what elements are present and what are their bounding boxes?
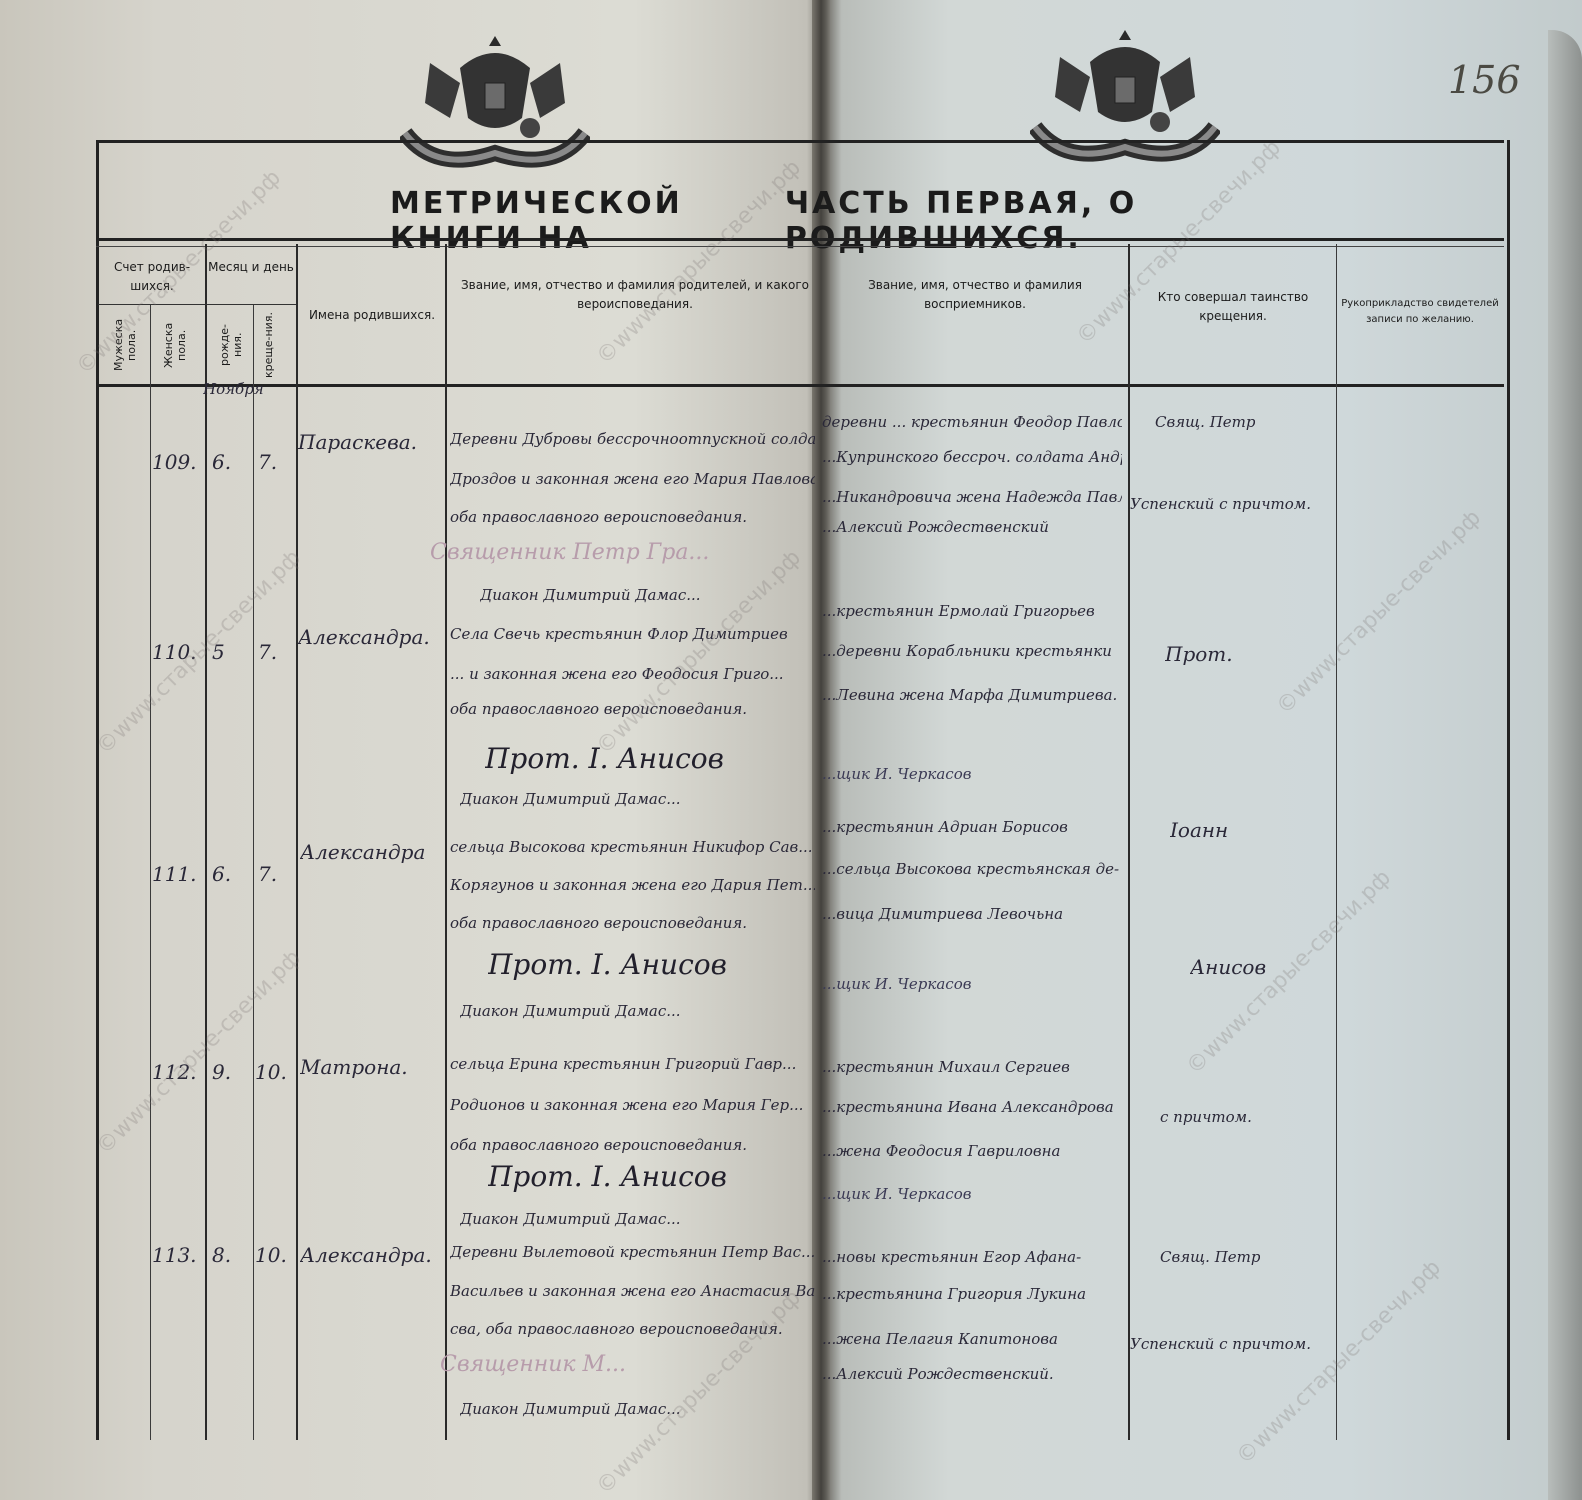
deacon-signature: Диакон Димитрий Дамас... — [460, 1002, 681, 1020]
godparents-line: ...жена Пелагия Капитонова — [822, 1330, 1122, 1348]
entry-number: 111. — [152, 862, 197, 886]
column-divider — [1336, 244, 1337, 1440]
officiant-line: Успенский с причтом. — [1130, 495, 1311, 513]
officiant-line: Успенский с причтом. — [1130, 1335, 1311, 1353]
priest-signature-faint: Священник М... — [440, 1352, 815, 1377]
parents-line: оба православного вероисповедания. — [450, 508, 815, 526]
deacon-signature: Диакон Димитрий Дамас... — [460, 790, 681, 808]
officiant-line: Іоанн — [1170, 818, 1228, 842]
godparents-line: ...вица Димитриева Левочьна — [822, 905, 1122, 923]
parents-line: Села Свечь крестьянин Флор Димитриев — [450, 625, 815, 643]
birth-day: 8. — [212, 1243, 231, 1267]
parents-line: Деревни Дубровы бессрочноотпускной солда… — [450, 430, 815, 448]
godparents-signature: ...щик И. Черкасов — [822, 765, 971, 783]
header-godparents: Звание, имя, отчество и фамилия восприем… — [830, 276, 1120, 314]
child-name: Александра. — [300, 1243, 432, 1267]
child-name: Параскева. — [298, 430, 417, 454]
birth-day: 9. — [212, 1060, 231, 1084]
godparents-line: ...крестьянина Ивана Александрова — [822, 1098, 1122, 1116]
godparents-line: деревни ... крестьянин Феодор Павлов — [822, 413, 1122, 431]
parents-line: Васильев и законная жена его Анастасия В… — [450, 1282, 815, 1300]
entry-number: 109. — [152, 450, 197, 474]
godparents-line: ...новы крестьянин Егор Афана- — [822, 1248, 1122, 1266]
birth-day: 6. — [212, 450, 231, 474]
header-date-group: Месяц и день — [206, 258, 296, 277]
parents-line: Деревни Вылетовой крестьянин Петр Вас... — [450, 1243, 815, 1261]
officiant-line: Свящ. Петр — [1160, 1248, 1260, 1266]
godparents-line: ...сельца Высокова крестьянская де- — [822, 860, 1122, 878]
header-date-birth: рожде-ния. — [218, 312, 244, 378]
header-witness: Рукоприкладство свидетелей записи по жел… — [1340, 296, 1500, 328]
column-divider — [150, 305, 151, 1440]
page-edge — [1548, 30, 1582, 1500]
godparents-line: ...Алексий Рождественский — [822, 518, 1122, 536]
godparents-line: ...крестьянин Михаил Сергиев — [822, 1058, 1122, 1076]
baptism-day: 7. — [258, 450, 277, 474]
column-divider — [1128, 244, 1130, 1440]
parents-line: оба православного вероисповедания. — [450, 914, 815, 932]
entry-number: 113. — [152, 1243, 197, 1267]
officiant-line: с причтом. — [1160, 1108, 1252, 1126]
deacon-signature: Диакон Димитрий Дамас... — [480, 586, 701, 604]
parents-line: Дроздов и законная жена его Мария Павлов… — [450, 470, 815, 488]
header-officiant: Кто совершал таинство крещения. — [1140, 288, 1326, 326]
open-register-book: 156 МЕТРИЧЕСКОЙ КНИГИ НА ЧАСТЬ ПЕРВАЯ, О… — [0, 0, 1582, 1500]
godparents-line: ...Левина жена Марфа Димитриева. — [822, 686, 1122, 704]
godparents-line: ...крестьянина Григория Лукина — [822, 1285, 1122, 1303]
child-name: Александра — [300, 840, 425, 864]
godparents-line: ...Алексий Рождественский. — [822, 1365, 1122, 1383]
month-note: Ноября — [203, 380, 264, 398]
page-number: 156 — [1448, 58, 1521, 102]
header-names: Имена родившихся. — [300, 306, 444, 325]
parents-line: сельца Ерина крестьянин Григорий Гавр... — [450, 1055, 815, 1073]
birth-day: 6. — [212, 862, 231, 886]
godparents-line: ...крестьянин Адриан Борисов — [822, 818, 1122, 836]
deacon-signature: Диакон Димитрий Дамас... — [460, 1400, 681, 1418]
godparents-signature: ...щик И. Черкасов — [822, 975, 971, 993]
column-divider — [445, 244, 447, 1440]
frame-top-rule — [96, 140, 1504, 143]
officiant-line: Свящ. Петр — [1155, 413, 1255, 431]
column-divider — [253, 305, 254, 1440]
godparents-line: ...жена Феодосия Гавриловна — [822, 1142, 1122, 1160]
officiant-line: Прот. — [1165, 642, 1233, 666]
baptism-day: 10. — [255, 1243, 287, 1267]
godparents-line: ...деревни Корабльники крестьянки — [822, 642, 1122, 660]
deacon-signature: Диакон Димитрий Дамас... — [460, 1210, 681, 1228]
baptism-day: 7. — [258, 862, 277, 886]
header-count-female: Женска пола. — [162, 312, 188, 378]
parents-line: сельца Высокова крестьянин Никифор Сав..… — [450, 838, 815, 856]
archpriest-signature: Прот. І. Анисов — [488, 1160, 727, 1193]
godparents-line: ...крестьянин Ермолай Григорьев — [822, 602, 1122, 620]
godparents-signature: ...щик И. Черкасов — [822, 1185, 971, 1203]
parents-line: Родионов и законная жена его Мария Гер..… — [450, 1096, 815, 1114]
parents-line: Корягунов и законная жена его Дария Пет.… — [450, 876, 815, 894]
column-divider — [205, 244, 207, 1440]
godparents-line: ...Никандровича жена Надежда Павлова — [822, 488, 1122, 506]
child-name: Матрона. — [300, 1055, 408, 1079]
officiant-line: Анисов — [1190, 955, 1266, 979]
baptism-day: 7. — [258, 640, 277, 664]
header-date-baptism: креще-ния. — [262, 312, 275, 378]
godparents-line: ...Купринского бессроч. солдата Андрея — [822, 448, 1122, 466]
baptism-day: 10. — [255, 1060, 287, 1084]
child-name: Александра. — [298, 625, 430, 649]
parents-line: ... и законная жена его Феодосия Григо..… — [450, 665, 815, 683]
parents-line: оба православного вероисповедания. — [450, 1136, 815, 1154]
column-divider — [296, 244, 298, 1440]
archpriest-signature: Прот. І. Анисов — [488, 948, 727, 981]
priest-signature-faint: Священник Петр Гра... — [430, 540, 815, 565]
